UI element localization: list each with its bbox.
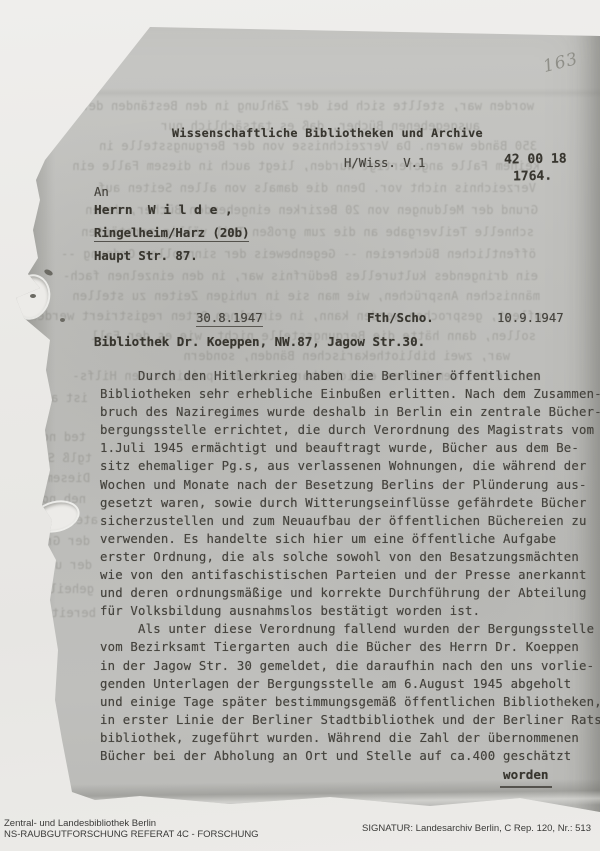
body-line: in erster Linie der Berliner Stadtbiblio… [100,711,600,729]
paper-sheet: worden war, stellte sich bei der Zählung… [0,0,600,851]
file-number-line2: 1764. [513,169,552,185]
body-line: sicherzustellen und zum Neuaufbau der öf… [100,512,600,530]
body-line: wie von den antifaschistischen Parteien … [100,566,600,584]
body-line: bergungsstelle errichtet, die durch Vero… [100,421,600,439]
body-line: Wochen und Monate nach der Besetzung Ber… [100,476,600,494]
recipient-salutation: An [94,185,109,199]
body-line: 1.Juli 1945 ermächtigt und beauftragt wu… [100,439,600,457]
body-line: Bibliotheken sehr erhebliche Einbußen er… [100,385,600,403]
reference-code: H/Wiss. V.1 [344,156,425,170]
typewritten-content: Wissenschaftliche Bibliotheken und Archi… [0,0,600,851]
body-line: gesetzt waren, sowie durch Witterungsein… [100,494,600,512]
body-line: bruch des Naziregimes wurde deshalb in B… [100,403,600,421]
scanned-document-page: worden war, stellte sich bei der Zählung… [0,0,600,851]
dirt-speck [30,294,36,298]
paper-fold-line [30,540,32,800]
file-number-line1: 42 00 18 [504,151,567,167]
date-original: 30.8.1947 [196,311,263,327]
body-line: Als unter diese Verordnung fallend wurde… [100,620,600,638]
paper-crease-bottom [0,779,600,811]
body-line: verwenden. Es handelte sich hier um eine… [100,530,600,548]
body-line: sitz ehemaliger Pg.s, aus verlassenen Wo… [100,457,600,475]
subject-line: Bibliothek Dr. Koeppen, NW.87, Jagow Str… [94,334,425,349]
dirt-speck [60,318,65,322]
recipient-name: Herrn W i l d e , [94,203,233,218]
letterhead-title: Wissenschaftliche Bibliotheken und Archi… [172,126,483,140]
body-line: vom Bezirksamt Tiergarten auch die Büche… [100,638,600,656]
letter-body: Durch den Hitlerkrieg haben die Berliner… [100,367,600,765]
date-sent: 10.9.1947 [497,311,564,325]
body-line: in der Jagow Str. 30 gemeldet, die darau… [100,657,600,675]
archive-signature: SIGNATUR: Landesarchiv Berlin, C Rep. 12… [362,823,591,834]
recipient-street: Haupt Str. 87. [94,249,198,263]
body-line: bibliothek, zugeführt wurden. Während di… [100,729,600,747]
recipient-town: Ringelheim/Harz (20b) [94,226,249,242]
body-line: genden Unterlagen der Bergungsstelle am … [100,675,600,693]
archive-institution: Zentral- und Landesbibliothek Berlin [4,819,259,830]
body-line: erster Ordnung, die als solche sowohl vo… [100,548,600,566]
clerk-initials: Fth/Scho. [367,311,434,325]
body-line: Bücher bei der Abholung an Ort und Stell… [100,747,600,765]
archive-stamp-left: Zentral- und Landesbibliothek Berlin NS-… [4,819,259,840]
archive-department: NS-RAUBGUTFORSCHUNG REFERAT 4C - FORSCHU… [4,830,259,841]
body-line: und einige Tage später bestimmungsgemäß … [100,693,600,711]
body-line: Durch den Hitlerkrieg haben die Berliner… [100,367,600,385]
body-line: für Volksbildung ausnahmslos bestätigt w… [100,602,600,620]
body-line: und deren ordnungsmäßige und korrekte Du… [100,584,600,602]
